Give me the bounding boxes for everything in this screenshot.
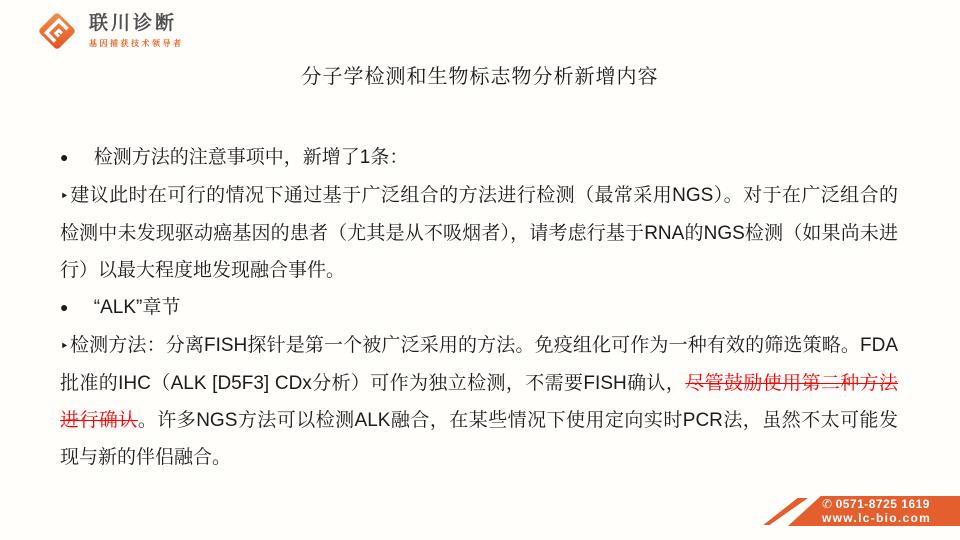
phone-icon: ✆ [822, 497, 833, 511]
slide-title: 分子学检测和生物标志物分析新增内容 [0, 60, 960, 89]
slide-body: ● 检测方法的注意事项中，新增了1条： ‣建议此时在可行的情况下通过基于广泛组合… [60, 139, 898, 476]
company-tagline: 基因捕获技术领导者 [89, 38, 184, 49]
presentation-slide: 联川诊断 基因捕获技术领导者 分子学检测和生物标志物分析新增内容 ● 检测方法的… [0, 0, 960, 540]
triangle-bullet-icon: ‣ [60, 328, 69, 365]
bullet-item-2-text: “ALK”章节 [94, 297, 181, 318]
footer-phone-number: 0571-8725 1619 [836, 497, 930, 511]
bullet-item-2: ● “ALK”章节 [60, 289, 898, 327]
footer-website: www.lc-bio.com [822, 511, 960, 525]
logo-text: 联川诊断 基因捕获技术领导者 [89, 13, 184, 49]
paragraph-2-text-after: 。许多NGS方法可以检测ALK融合，在某些情况下使用定向实时PCR法，虽然不太可… [60, 410, 898, 468]
triangle-bullet-icon: ‣ [60, 178, 69, 215]
bullet-item-1: ● 检测方法的注意事项中，新增了1条： [60, 139, 898, 177]
diamond-logo-icon [36, 10, 78, 52]
company-name: 联川诊断 [89, 13, 184, 35]
footer-contact-ribbon: ✆0571-8725 1619 www.lc-bio.com [788, 496, 960, 526]
paragraph-1: ‣建议此时在可行的情况下通过基于广泛组合的方法进行检测（最常采用NGS）。对于在… [60, 177, 898, 289]
paragraph-2: ‣检测方法：分离FISH探针是第一个被广泛采用的方法。免疫组化可作为一种有效的筛… [60, 327, 898, 476]
bullet-item-1-text: 检测方法的注意事项中，新增了1条： [94, 147, 409, 168]
company-logo: 联川诊断 基因捕获技术领导者 [36, 10, 184, 52]
paragraph-1-text: 建议此时在可行的情况下通过基于广泛组合的方法进行检测（最常采用NGS）。对于在广… [60, 185, 898, 281]
dot-bullet-icon: ● [60, 289, 68, 326]
dot-bullet-icon: ● [60, 139, 68, 176]
footer-phone: ✆0571-8725 1619 [822, 497, 960, 511]
